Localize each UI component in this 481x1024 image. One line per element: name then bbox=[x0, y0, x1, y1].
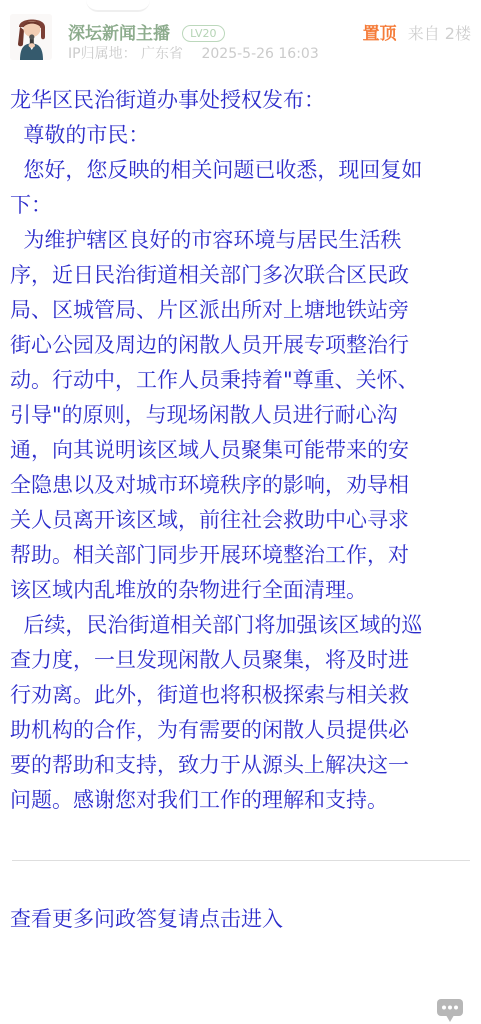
news-anchor-avatar-icon bbox=[10, 14, 52, 60]
more-replies-link[interactable]: 查看更多问政答复请点击进入 bbox=[10, 902, 283, 937]
divider bbox=[12, 860, 470, 861]
previous-post-remnant bbox=[86, 0, 150, 12]
username[interactable]: 深坛新闻主播 bbox=[68, 24, 170, 44]
pinned-badge: 置顶 bbox=[363, 24, 397, 44]
post-meta: IP归属地： 广东省 2025-5-26 16:03 bbox=[68, 43, 319, 63]
avatar[interactable] bbox=[10, 14, 52, 60]
forum-post-page: 深坛新闻主播 LV20 IP归属地： 广东省 2025-5-26 16:03 置… bbox=[0, 0, 481, 1024]
user-line: 深坛新闻主播 LV20 bbox=[68, 19, 225, 44]
post-body-text: 龙华区民治街道办事处授权发布： 尊敬的市民： 您好，您反映的相关问题已收悉，现回… bbox=[10, 83, 471, 818]
comment-bubble-icon bbox=[436, 998, 464, 1023]
ip-location: IP归属地： 广东省 bbox=[68, 46, 183, 62]
comment-button[interactable] bbox=[436, 998, 464, 1023]
floor-label: 来自 2楼 bbox=[408, 24, 471, 43]
post-header: 深坛新闻主播 LV20 IP归属地： 广东省 2025-5-26 16:03 置… bbox=[10, 13, 471, 63]
header-badges: 置顶 来自 2楼 bbox=[363, 19, 471, 44]
post-timestamp: 2025-5-26 16:03 bbox=[201, 46, 318, 62]
user-level-badge: LV20 bbox=[182, 25, 224, 42]
